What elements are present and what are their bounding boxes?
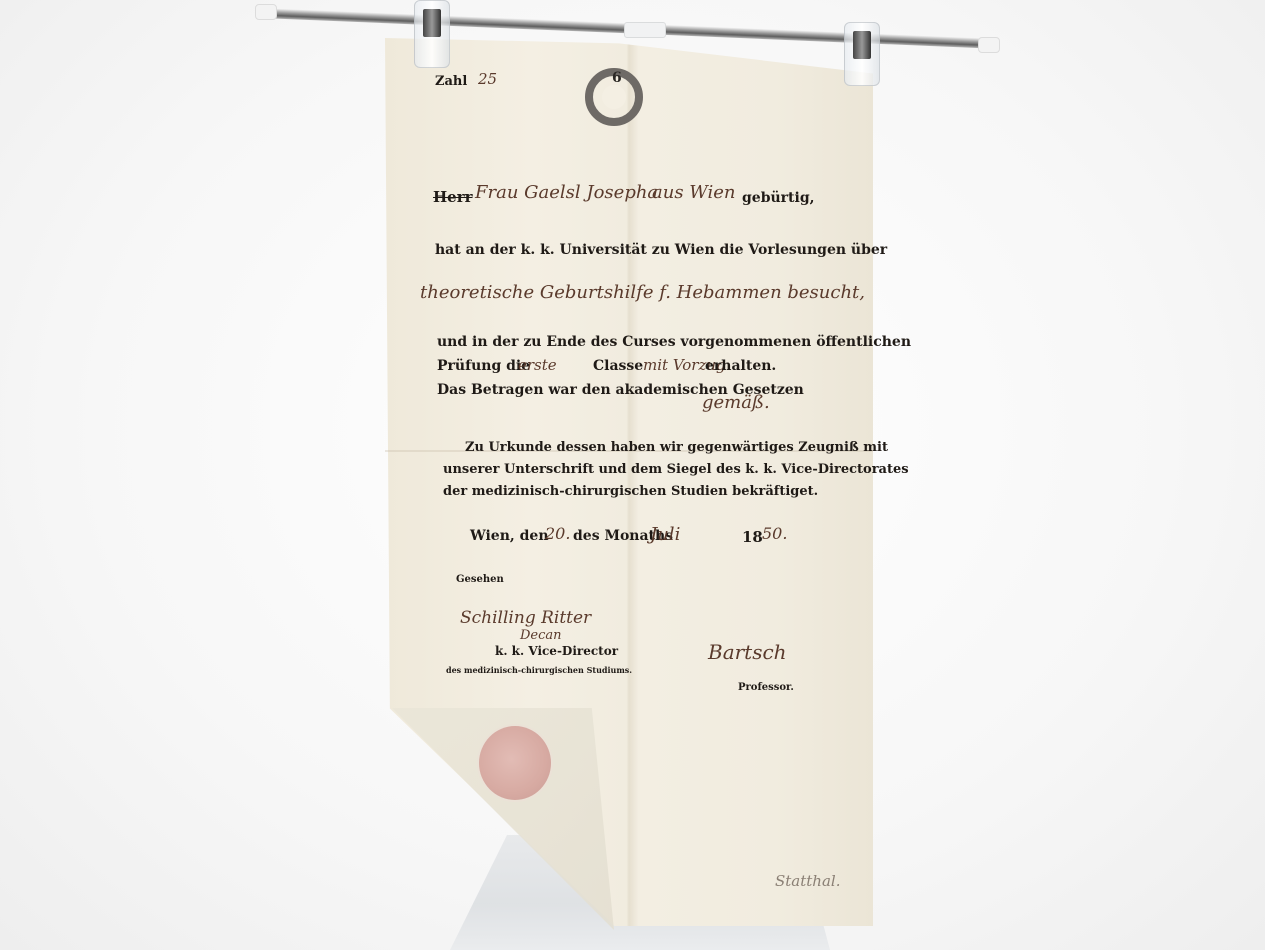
certificate-paper (385, 38, 873, 926)
right-signature: Bartsch (708, 640, 787, 664)
closing-line-2: unserer Unterschrift und dem Siegel des … (443, 462, 909, 477)
number-value: 25 (478, 70, 497, 88)
left-signature: Schilling Ritter (460, 608, 591, 628)
wax-seal (479, 726, 551, 800)
exam-suffix: erhalten. (705, 358, 776, 374)
closing-line-3: der medizinisch-chirurgischen Studien be… (443, 484, 818, 499)
left-title: k. k. Vice-Director (495, 644, 618, 658)
handwritten-class: erste (518, 356, 557, 374)
rod-end-cap-right (978, 37, 1000, 53)
class-label: Classe (593, 358, 643, 374)
date-day: 20. (545, 524, 570, 543)
paper-clip-right (844, 22, 880, 86)
seen-label: Gesehen (456, 574, 504, 585)
rod-hanger (624, 22, 666, 38)
date-month: Juli (650, 524, 680, 545)
handwritten-conduct: gemäß. (702, 392, 770, 413)
exam-prefix: Prüfung die (437, 358, 530, 374)
date-year-suffix: 50. (762, 524, 787, 543)
handwritten-origin: aus Wien (652, 182, 735, 203)
right-title: Professor. (738, 682, 794, 693)
rod-end-cap-left (255, 4, 277, 20)
left-subtitle: des medizinisch-chirurgischen Studiums. (446, 665, 632, 675)
birthplace-suffix: gebürtig, (742, 190, 815, 206)
number-label: Zahl (435, 74, 467, 89)
left-signature-title: Decan (520, 628, 562, 643)
closing-line-1: Zu Urkunde dessen haben wir gegenwärtige… (465, 440, 888, 455)
handwritten-name: Frau Gaelsl Josepha (475, 182, 658, 203)
handwritten-course: theoretische Geburtshilfe f. Hebammen be… (420, 282, 865, 303)
exam-line: und in der zu Ende des Curses vorgenomme… (437, 334, 911, 350)
date-place: Wien, den (470, 528, 549, 544)
date-year-prefix: 18 (742, 528, 763, 546)
pencil-note: Statthal. (775, 872, 840, 890)
course-intro: hat an der k. k. Universität zu Wien die… (435, 242, 887, 258)
paper-clip-left (414, 0, 450, 68)
stamp-value: 6 (612, 70, 622, 86)
struck-title: Herr (433, 188, 473, 206)
